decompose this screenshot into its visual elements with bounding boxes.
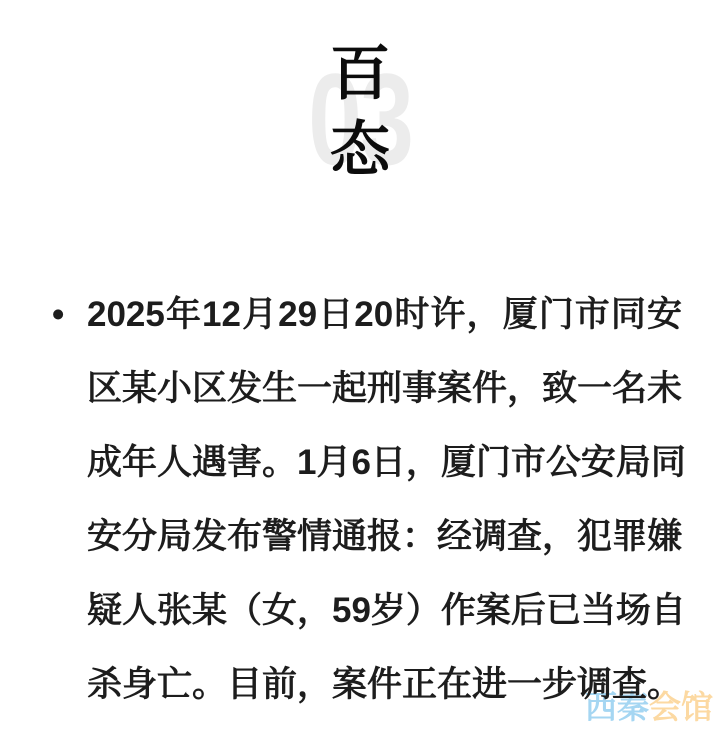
section-header: 03 百 态 — [0, 0, 720, 220]
news-text-line: 疑人张某（女，59岁）作案后已当场自 — [87, 574, 682, 648]
section-title-char-2: 态 — [0, 112, 720, 188]
news-text-line: 成年人遇害。1月6日，厦门市公安局同 — [87, 426, 682, 500]
news-text-line: 2025年12月29日20时许，厦门市同安 — [87, 278, 682, 352]
article-page: 03 百 态 • 2025年12月29日20时许，厦门市同安 区某小区发生一起刑… — [0, 0, 720, 730]
news-text-line: 安分局发布警情通报：经调查，犯罪嫌 — [87, 500, 682, 574]
news-item: • 2025年12月29日20时许，厦门市同安 区某小区发生一起刑事案件，致一名… — [0, 278, 720, 722]
news-text-line: 杀身亡。目前，案件正在进一步调查。 — [87, 648, 682, 722]
section-title-char-1: 百 — [0, 36, 720, 112]
bullet-marker: • — [52, 278, 64, 352]
section-title: 百 态 — [0, 36, 720, 188]
news-text-line: 区某小区发生一起刑事案件，致一名未 — [87, 352, 682, 426]
